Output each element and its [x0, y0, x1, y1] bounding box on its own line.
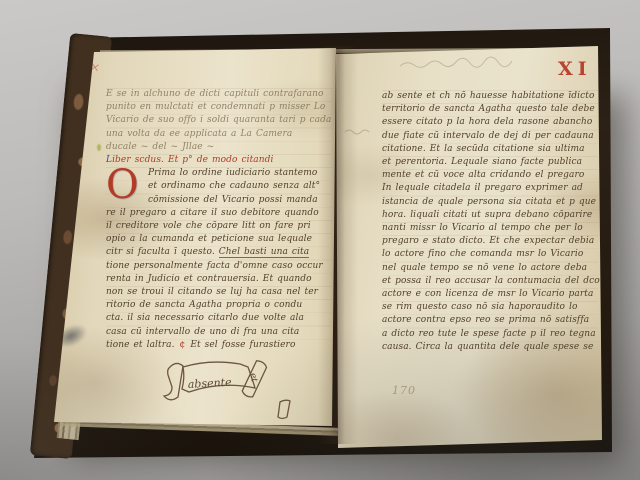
text-line: re il pregaro a citare il suo debitore q… [106, 207, 332, 220]
text-line: In lequale citadela il pregaro exprimer … [382, 182, 598, 195]
text-line: nel quale tempo se nō vene lo actore deb… [382, 262, 598, 275]
text-line: cōmissione del Vicario possi manda [106, 194, 332, 207]
text-line: et ordinamo che cadauno senza alt° [106, 180, 332, 193]
text-line: pregaro e stato dicto. Et che expectar d… [382, 235, 598, 248]
manuscript-photo: × E se in alchuno de dicti capituli cont… [0, 0, 640, 480]
folio-number: XI [558, 58, 592, 80]
text-line: opio a la cumanda et peticione sua lequa… [106, 233, 332, 246]
text-line: actore e con licenza de msr lo Vicario p… [382, 288, 598, 301]
text-line: una volta da ee applicata a La Camera [106, 128, 332, 141]
gutter-shadow [318, 46, 358, 444]
text-segment: tione et laltra. [106, 340, 179, 350]
text-line: citatione. Et la secūda citatione sia ul… [382, 143, 598, 156]
text-line: tione personalmente facta d'omne caso oc… [106, 260, 332, 273]
text-line: territorio de sancta Agatha questo tale … [382, 103, 598, 116]
scribble-stroke [400, 57, 512, 67]
text-line: ritorio de sancta Agatha propria o condu [106, 299, 332, 312]
text-line: cta. il sia necessario citarlo due volte… [106, 312, 332, 325]
text-line: Vicario de suo offo i soldi quaranta tar… [106, 114, 332, 127]
small-roll-doodle [278, 400, 290, 418]
faded-top-annotation [398, 56, 538, 74]
text-line: istancia de quale persona sia citata et … [382, 196, 598, 209]
faint-page-number: 170 [392, 384, 416, 397]
text-line: due fiate cū intervalo de dej di per cad… [382, 130, 598, 143]
text-line: causa. Circa la quantita dele quale spes… [382, 341, 598, 354]
right-page-text: ab sente et ch nō hauesse habitatione īd… [382, 90, 598, 354]
text-line: non se troui il citando se luj ha casa n… [106, 286, 332, 299]
text-line: lo actore fino che comanda msr lo Vicari… [382, 248, 598, 261]
scroll-word: et [247, 372, 258, 383]
text-line: se rim questo caso nō sia haporaudito lo [382, 301, 598, 314]
text-line: mente et cū voce alta cridando el pregar… [382, 169, 598, 182]
text-segment: citr si faculta ī questo. [106, 247, 219, 257]
text-line-with-red-underline: citr si faculta ī questo. Chel basti una… [106, 246, 332, 259]
text-line: il creditore vole che cōpare litt on far… [106, 220, 332, 233]
text-line: casa cū intervallo de uno di fra una cit… [106, 326, 332, 339]
text-line: ducale ~ del ~ Jllae ~ [106, 141, 332, 154]
text-line: ab sente et ch nō hauesse habitatione īd… [382, 90, 598, 103]
banner-left-roll [164, 363, 183, 399]
rubric-line: Liber scdus. Et p° de modo citandi [106, 154, 332, 167]
text-line: nanti missr lo Vicario al tempo che per … [382, 222, 598, 235]
text-line: essere citato p la hora dela rasone aban… [382, 116, 598, 129]
text-line: hora. liquali citati ut supra debano cōp… [382, 209, 598, 222]
opening-paragraph: O Prima lo ordine iudiciario stantemo et… [106, 167, 332, 207]
left-page-text: E se in alchuno de dicti capituli contra… [106, 88, 332, 352]
red-underlined-segment: Chel basti una cita [219, 247, 309, 258]
right-page: XI ab sente et ch nō hauesse habitatione… [336, 46, 610, 450]
banner-doodle: absente et [152, 354, 302, 426]
text-line: et perentoria. Lequale siano facte publi… [382, 156, 598, 169]
green-fleck [97, 144, 101, 151]
text-line: Prima lo ordine iudiciario stantemo [106, 167, 332, 180]
text-line: a dicto reo tute le spese facte p il reo… [382, 328, 598, 341]
text-line-with-pilcrow: tione et laltra. ¢ Et sel fosse furastie… [106, 339, 332, 352]
text-line: actore contra epso reo se prima nō satis… [382, 314, 598, 327]
text-segment: Et sel fosse furastiero [186, 340, 295, 350]
text-line: E se in alchuno de dicti capituli contra… [106, 88, 332, 101]
rubric-text: iber scdus. Et p° de modo citandi [112, 155, 273, 165]
text-line: et possa il reo accusar la contumacia de… [382, 275, 598, 288]
text-line: renta in Judicio et contrauersia. Et qua… [106, 273, 332, 286]
text-line: punito en mulctati et condemnati p misse… [106, 101, 332, 114]
banner-word: absente [187, 376, 232, 391]
